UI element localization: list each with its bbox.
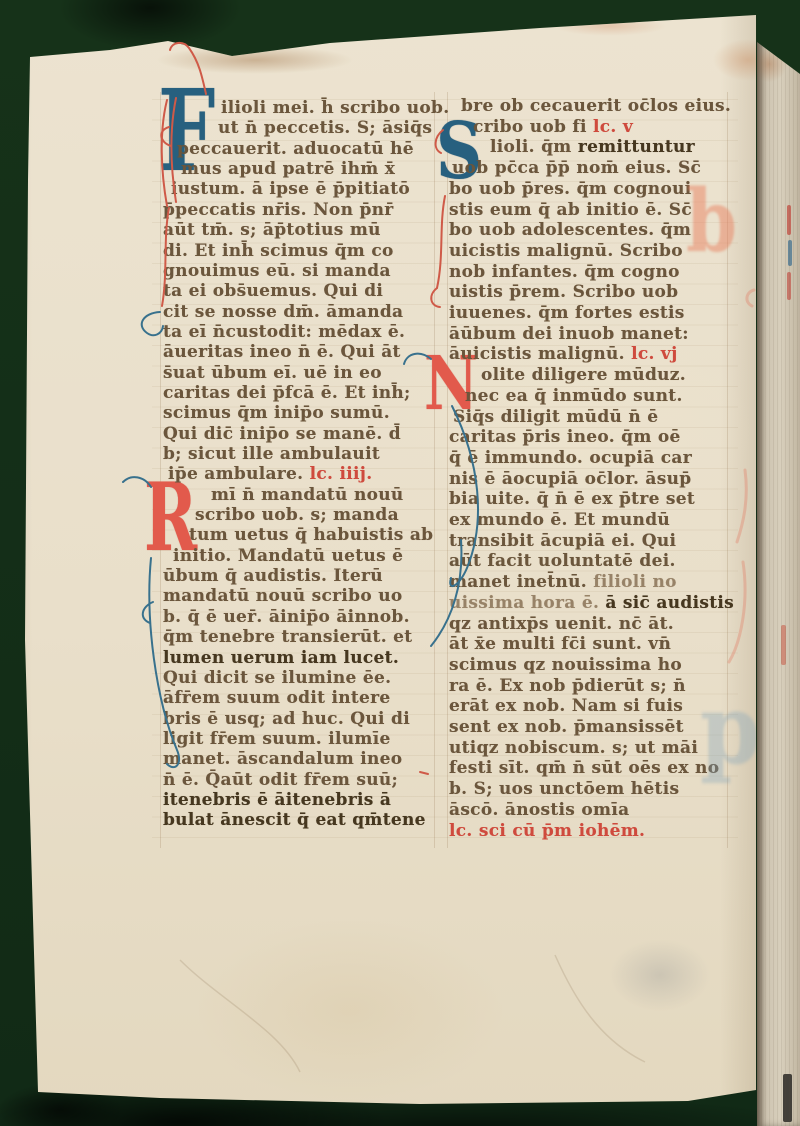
text-segment: bre ob cecauerit oc̄los eius. [461, 96, 731, 116]
text-segment: q̄m tenebre transierūt. et [163, 627, 412, 647]
text-segment: ip̄e ambulare. [168, 464, 310, 484]
text-segment: di. Et inh̄ scimus q̄m co [163, 241, 394, 261]
edge-decoration-red [787, 205, 791, 235]
text-line: itenebris ē āitenebris ā [163, 791, 391, 810]
text-segment: qz antixp̄s uenit. nc̄ āt. [449, 614, 674, 634]
text-line: mī n̄ mandatū nouū [163, 486, 404, 505]
text-line: ra ē. Ex nob p̄dierūt s; n̄ [449, 677, 686, 696]
text-segment: bo uob p̄res. q̄m cognoui [449, 179, 692, 199]
text-line: b. q̄ ē uer̄. āinip̄o āinnob. [163, 608, 410, 627]
text-line: b. S; uos unctōem hētis [449, 780, 679, 799]
text-line: cribo uob fi lc. v [449, 118, 633, 137]
text-segment: mī n̄ mandatū nouū [211, 485, 404, 505]
text-line: nob infantes. q̄m cogno [449, 263, 680, 282]
edge-decoration-red [787, 272, 791, 300]
text-segment: nis ē āocupiā oc̄lor. āsup̄ [449, 469, 691, 489]
text-segment: scimus qz nouissima ho [449, 655, 682, 675]
text-line: scribo uob. s; manda [163, 506, 399, 525]
text-segment: tum uetus q̄ habuistis ab [189, 525, 433, 545]
text-segment: uistis p̄rem. Scribo uob [449, 282, 678, 302]
text-segment: uicistis malignū. Scribo [449, 241, 683, 261]
text-segment: ut n̄ peccetis. S; āsiq̄s [218, 118, 432, 138]
text-segment: Qui dic̄ inip̄o se manē. d̄ [163, 424, 401, 444]
text-line: mus apud patrē ihm̄ x̄ [163, 160, 395, 179]
text-segment: b. S; uos unctōem hētis [449, 779, 679, 799]
text-line: ip̄e ambulare. lc. iiij. [163, 465, 372, 484]
text-line: āuicistis malignū. lc. vj [449, 345, 678, 364]
text-line: ta eī n̄custodit: mēdax ē. [163, 323, 405, 342]
text-line: bulat ānescit q̄ eat qm̄tene [163, 811, 426, 830]
text-segment: sent ex nob. p̄mansissēt [449, 717, 684, 737]
column-guide-line [447, 92, 448, 848]
text-segment: ilioli mei. h̄ scribo uob. [221, 98, 449, 118]
text-segment: uissima hora ē. [449, 593, 605, 613]
text-line: lumen uerum iam lucet. [163, 649, 399, 668]
text-segment: peccauerit. aduocatū hē [177, 139, 414, 159]
text-line: ta ei obs̄uemus. Qui di [163, 282, 383, 301]
text-line: āueritas ineo n̄ ē. Qui āt [163, 343, 401, 362]
text-segment: ligit fr̄em suum. ilumīe [163, 729, 391, 749]
text-segment: scimus q̄m inip̄o sumū. [163, 403, 390, 423]
text-segment: n̄ ē. Q̄aūt odit fr̄em suū; [163, 770, 398, 790]
text-segment: utiqz nobiscum. s; ut māi [449, 738, 698, 758]
text-line: olite diligere mūduz. [449, 366, 686, 385]
text-segment: āscō. ānostis omīa [449, 800, 629, 820]
text-line: ligit fr̄em suum. ilumīe [163, 730, 391, 749]
text-segment: cribo uob fi [473, 117, 593, 137]
text-line: sent ex nob. p̄mansissēt [449, 718, 684, 737]
text-segment: manet. āscandalum ineo [163, 749, 402, 769]
text-segment: s̄uat ūbum eī. uē in eo [163, 363, 382, 383]
text-line: Siq̄s diligit mūdū n̄ ē [449, 408, 658, 427]
text-line: di. Et inh̄ scimus q̄m co [163, 242, 394, 261]
text-line: ut n̄ peccetis. S; āsiq̄s [163, 119, 432, 138]
text-line: āt x̄e multi fc̄i sunt. vn̄ [449, 635, 671, 654]
text-segment: aūt tm̄. s; āp̄totius mū [163, 220, 381, 240]
text-line: āūbum dei inuob manet: [449, 325, 689, 344]
text-segment: āūbum dei inuob manet: [449, 324, 689, 344]
text-line: utiqz nobiscum. s; ut māi [449, 739, 698, 758]
text-line: scimus q̄m inip̄o sumū. [163, 404, 390, 423]
rubric-text: lc. vj [631, 344, 677, 364]
text-segment: ta eī n̄custodit: mēdax ē. [163, 322, 405, 342]
text-segment: ta ei obs̄uemus. Qui di [163, 281, 383, 301]
text-segment: b; sicut ille ambulauit [163, 444, 380, 464]
text-line: nis ē āocupiā oc̄lor. āsup̄ [449, 470, 691, 489]
text-line: nec ea q̄ inmūdo sunt. [449, 387, 683, 406]
text-segment: iustum. ā ipse ē p̄pitiatō [171, 179, 410, 199]
column-guide-line [434, 92, 435, 848]
text-segment: iuuenes. q̄m fortes estis [449, 303, 685, 323]
facing-page-edge [757, 12, 800, 1126]
text-line: b; sicut ille ambulauit [163, 445, 380, 464]
text-line: erāt ex nob. Nam si fuis [449, 697, 683, 716]
text-segment: transibit ācupiā ei. Qui [449, 531, 676, 551]
text-segment: aūt facit uoluntatē dei. [449, 551, 676, 571]
text-segment: olite diligere mūduz. [481, 365, 686, 385]
text-line: caritas dei p̄fcā ē. Et inh̄; [163, 384, 411, 403]
text-line: tum uetus q̄ habuistis ab [163, 526, 433, 545]
text-segment: gnouimus eū. si manda [163, 261, 391, 281]
manuscript-photo: { "colors":{ "parchment":"#e9dfca","back… [0, 0, 800, 1126]
text-segment: caritas dei p̄fcā ē. Et inh̄; [163, 383, 411, 403]
text-line: lc. sci cū p̄m iohēm. [449, 822, 645, 841]
text-line: iuuenes. q̄m fortes estis [449, 304, 685, 323]
text-line: lioli. q̄m remittuntur [449, 138, 695, 157]
text-line: Qui dicit se ilumine ēe. [163, 669, 391, 688]
text-segment: manet inet̄nū. [449, 572, 593, 592]
text-segment: itenebris ē āitenebris ā [163, 790, 391, 810]
text-segment: cit se nosse dm̄. āmanda [163, 302, 403, 322]
text-segment: nec ea q̄ inmūdo sunt. [465, 386, 683, 406]
text-line: Qui dic̄ inip̄o se manē. d̄ [163, 425, 401, 444]
text-line: cit se nosse dm̄. āmanda [163, 303, 403, 322]
text-segment: erāt ex nob. Nam si fuis [449, 696, 683, 716]
text-segment: āuicistis malignū. [449, 344, 631, 364]
text-line: caritas p̄ris ineo. q̄m oē [449, 428, 681, 447]
text-segment: ra ē. Ex nob p̄dierūt s; n̄ [449, 676, 686, 696]
text-segment: bris ē usq; ad huc. Qui di [163, 709, 410, 729]
text-line: p̄peccatis nr̄is. Non p̄nr̄ [163, 201, 394, 220]
text-line: uicistis malignū. Scribo [449, 242, 683, 261]
text-line: āscō. ānostis omīa [449, 801, 629, 820]
text-segment: ūbum q̄ audistis. Iterū [163, 566, 383, 586]
text-segment: āt x̄e multi fc̄i sunt. vn̄ [449, 634, 671, 654]
text-segment: q̄ ē immundo. ocupiā car [449, 448, 692, 468]
edge-decoration-blue [788, 240, 792, 266]
text-line: ex mundo ē. Et mundū [449, 511, 670, 530]
text-segment: scribo uob. s; manda [195, 505, 399, 525]
text-line: manet. āscandalum ineo [163, 750, 402, 769]
text-line: transibit ācupiā ei. Qui [449, 532, 676, 551]
text-segment: bulat ānescit q̄ eat qm̄tene [163, 810, 426, 830]
text-line: qz antixp̄s uenit. nc̄ āt. [449, 615, 674, 634]
text-segment: uob pc̄ca p̄p̄ nom̄ eius. Sc̄ [452, 158, 701, 178]
text-segment: bia uite. q̄ n̄ ē ex p̄tre set [449, 489, 695, 509]
text-segment: āueritas ineo n̄ ē. Qui āt [163, 342, 401, 362]
text-segment: filioli no [593, 572, 677, 592]
text-line: q̄m tenebre transierūt. et [163, 628, 412, 647]
edge-shadow-spot [783, 1074, 792, 1122]
rubric-text: lc. sci cū p̄m iohēm. [449, 821, 645, 841]
text-segment: p̄peccatis nr̄is. Non p̄nr̄ [163, 200, 394, 220]
text-line: n̄ ē. Q̄aūt odit fr̄em suū; [163, 771, 398, 790]
text-line: peccauerit. aduocatū hē [163, 140, 414, 159]
edge-decoration-red [781, 625, 786, 665]
text-line: uob pc̄ca p̄p̄ nom̄ eius. Sc̄ [449, 159, 701, 178]
text-line: bo uob p̄res. q̄m cognoui [449, 180, 692, 199]
text-line: gnouimus eū. si manda [163, 262, 391, 281]
ink-offset-ghost-letter: b [686, 188, 737, 257]
text-line: uistis p̄rem. Scribo uob [449, 283, 678, 302]
text-line: mandatū nouū scribo uo [163, 587, 403, 606]
text-line: bia uite. q̄ n̄ ē ex p̄tre set [449, 490, 695, 509]
text-segment: nob infantes. q̄m cogno [449, 262, 680, 282]
text-line: scimus qz nouissima ho [449, 656, 682, 675]
text-line: uissima hora ē. ā sic̄ audistis [449, 594, 734, 613]
text-line: stis eum q̄ ab initio ē. Sc̄ [449, 201, 692, 220]
text-segment: ā sic̄ audistis [605, 593, 734, 613]
text-line: manet inet̄nū. filioli no [449, 573, 677, 592]
text-segment: bo uob adolescentes. q̄m [449, 220, 691, 240]
text-segment: initio. Mandatū uetus ē [173, 546, 403, 566]
text-line: aūt facit uoluntatē dei. [449, 552, 676, 571]
rubric-text: lc. iiij. [310, 464, 373, 484]
text-segment: mandatū nouū scribo uo [163, 586, 403, 606]
text-segment: āfr̄em suum odit intere [163, 688, 391, 708]
text-line: ūbum q̄ audistis. Iterū [163, 567, 383, 586]
text-segment: b. q̄ ē uer̄. āinip̄o āinnob. [163, 607, 410, 627]
text-line: āfr̄em suum odit intere [163, 689, 391, 708]
text-line: initio. Mandatū uetus ē [163, 547, 403, 566]
text-segment: lumen uerum iam lucet. [163, 648, 399, 668]
ink-offset-ghost-letter: p [700, 692, 760, 769]
text-segment: stis eum q̄ ab initio ē. Sc̄ [449, 200, 692, 220]
text-segment: Qui dicit se ilumine ēe. [163, 668, 391, 688]
text-line: iustum. ā ipse ē p̄pitiatō [163, 180, 410, 199]
text-line: ilioli mei. h̄ scribo uob. [163, 99, 449, 118]
text-segment: lioli. q̄m [490, 137, 578, 157]
text-segment: festi sīt. qm̄ n̄ sūt oēs ex no [449, 758, 719, 778]
text-segment: mus apud patrē ihm̄ x̄ [181, 159, 395, 179]
text-line: bre ob cecauerit oc̄los eius. [449, 97, 731, 116]
text-segment: ex mundo ē. Et mundū [449, 510, 670, 530]
text-segment: Siq̄s diligit mūdū n̄ ē [453, 407, 658, 427]
text-line: aūt tm̄. s; āp̄totius mū [163, 221, 381, 240]
manuscript-page: F S R N ilioli mei. h̄ scribo uob.ut n̄ … [0, 0, 800, 1126]
rubric-text: lc. v [593, 117, 633, 137]
text-line: festi sīt. qm̄ n̄ sūt oēs ex no [449, 759, 719, 778]
text-segment: remittuntur [578, 137, 695, 157]
text-segment: caritas p̄ris ineo. q̄m oē [449, 427, 681, 447]
text-line: q̄ ē immundo. ocupiā car [449, 449, 692, 468]
text-line: bris ē usq; ad huc. Qui di [163, 710, 410, 729]
text-line: s̄uat ūbum eī. uē in eo [163, 364, 382, 383]
text-line: bo uob adolescentes. q̄m [449, 221, 691, 240]
